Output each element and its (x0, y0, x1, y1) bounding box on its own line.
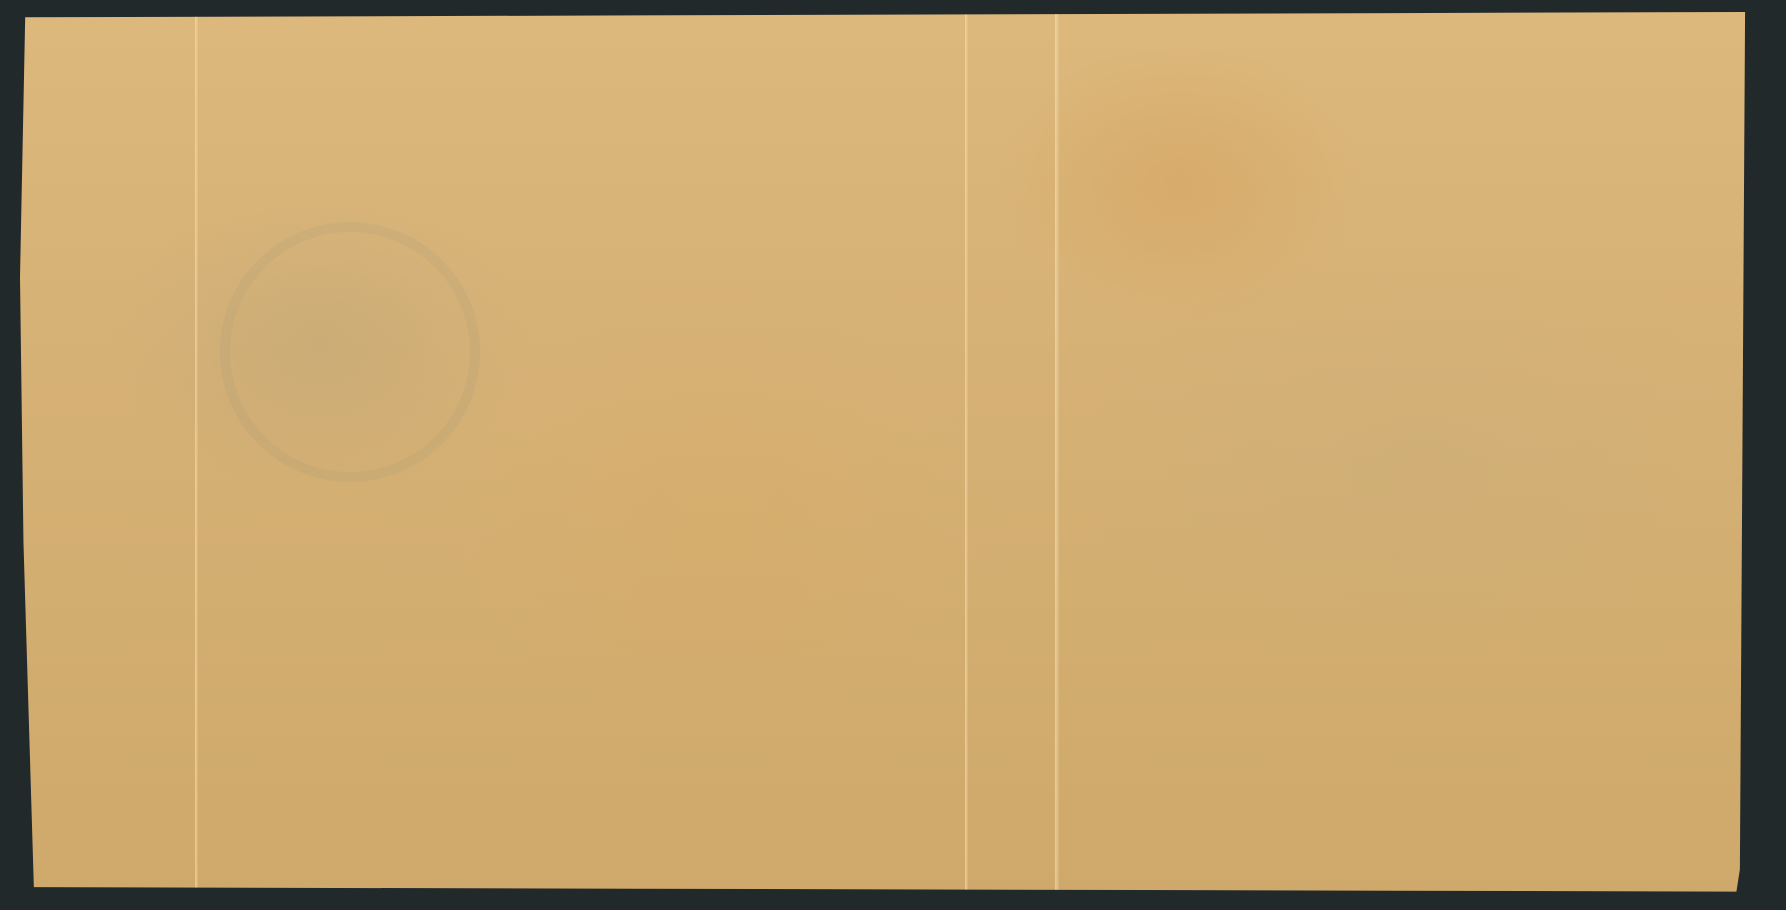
fold-line-right (1055, 12, 1059, 896)
fold-line-center (965, 12, 968, 896)
banknote-reverse (20, 12, 1752, 896)
fold-line-left (195, 12, 198, 896)
faint-seal-bleedthrough (220, 222, 480, 482)
photo-background (0, 0, 1786, 910)
